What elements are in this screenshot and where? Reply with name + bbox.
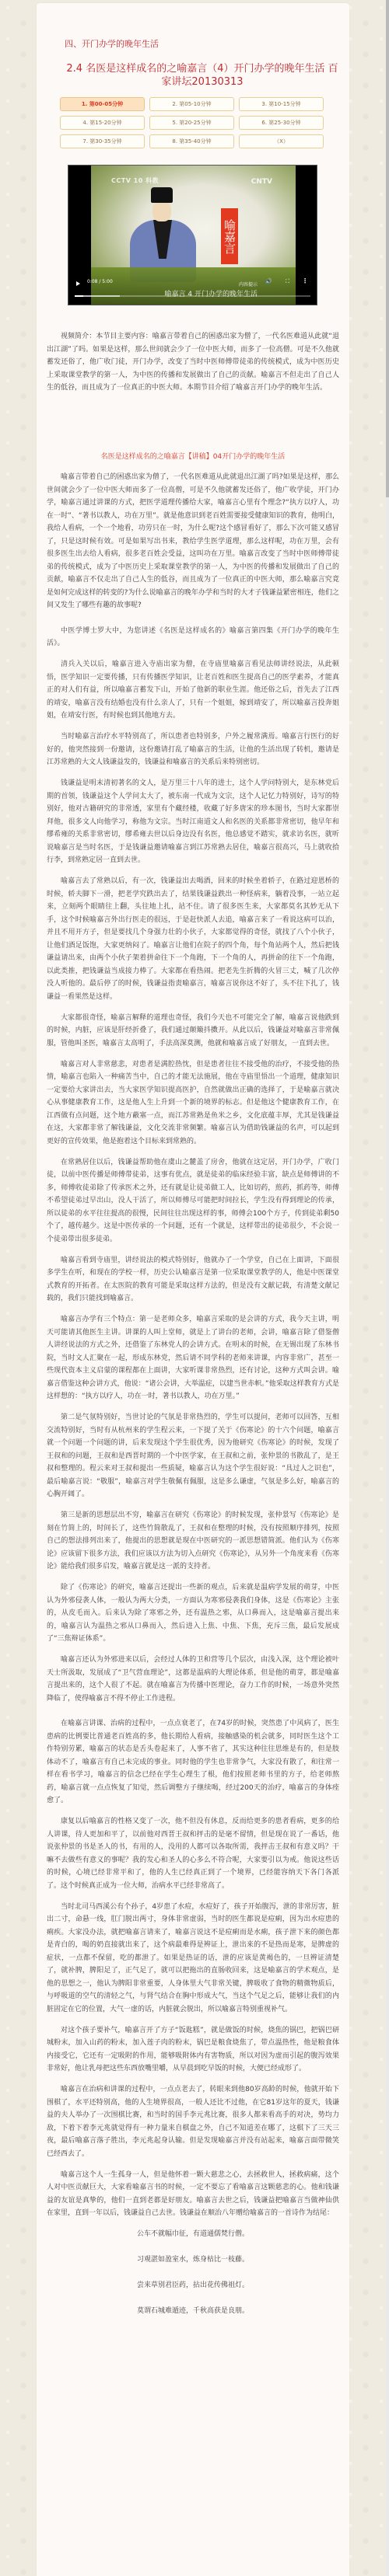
hat-shape <box>151 187 173 203</box>
cntv-logo: CNTV <box>251 178 272 186</box>
poem-line: 公车不就幅巾征，有道通儒梵行僧。 <box>47 2228 339 2241</box>
page: 四、开门办学的晚年生活 2.4 名医是这样成名的之喻嘉言（4）开门办学的晚年生活… <box>0 0 386 2576</box>
played-bar <box>75 295 83 297</box>
article-paragraph: 喻嘉言还认为外邪进来以后，会经过人体的卫和营等几个层次，由浅入深，这个理论被叶天… <box>47 1654 339 1705</box>
video-progress-bar[interactable] <box>75 295 310 297</box>
segment-button-7[interactable]: 7. 第30-35分钟 <box>60 134 145 148</box>
segment-button-2[interactable]: 2. 第05-10分钟 <box>149 97 234 111</box>
article-paragraph: 喻嘉言在治病和讲课的过程中，一点点老去了，转眼来到他80岁高龄的时候，他就开始下… <box>47 2083 339 2160</box>
vertical-scrollbar[interactable] <box>386 0 389 2576</box>
play-icon[interactable] <box>76 281 80 286</box>
article-paragraph: 大家都很奇怪，喻嘉言解释的道理也奇怪，我们今天也不可能完全了解，喻嘉言说他跌到的… <box>47 1012 339 1051</box>
segment-button-5[interactable]: 5. 第20-25分钟 <box>149 116 234 130</box>
article-paragraph: 在喻嘉言讲课、治病的过程中，一点点衰老了，在74岁的时候，突然患了中风病了，医生… <box>47 1717 339 1807</box>
article-paragraph: 第三是新的思想层出不穷，喻嘉言在研究《伤寒论》的时候发现，张仲景写《伤寒论》是刻… <box>47 1509 339 1574</box>
article-paragraph: 喻嘉言看到寺庙里，讲经说法的模式特别好，他就办了一个学堂，自己在上面讲，下面很多… <box>47 1254 339 1305</box>
lesson-title: 2.4 名医是这样成名的之喻嘉言（4）开门办学的晚年生活 百家讲坛2013031… <box>62 62 342 89</box>
time-display: 0:08 / 5:00 <box>87 279 113 284</box>
segment-button-6[interactable]: 6. 第25-30分钟 <box>239 116 324 130</box>
article-paragraph: 第二是气氛特别好，当世讨论的气氛是非常热烈的，学生可以提问，老师可以回答，互相交… <box>47 1411 339 1501</box>
poem-line: 莫谓石城难遁迹，千秋高获是良朋。 <box>47 2305 339 2318</box>
article-paragraph: 喻嘉言办学有三个特点：第一是老师众多，喻嘉言采取的是会讲的方式，我今天主讲，明天… <box>47 1313 339 1403</box>
article-paragraph: 除了《伤寒论》的研究，喻嘉言还提出一些新的观点，后来就是温病学发展的萌芽，中医认… <box>47 1581 339 1646</box>
segment-button-3[interactable]: 3. 第10-15分钟 <box>239 97 324 111</box>
segment-selector: 1. 第00-05分钟 2. 第05-10分钟 3. 第10-15分钟 4. 第… <box>60 97 324 148</box>
closing-poem: 公车不就幅巾征，有道通儒梵行僧。 习观湛如盈室水，炼身枯比一枝藤。 尝来草别君臣… <box>47 2228 339 2318</box>
fullscreen-icon[interactable]: ⛶ <box>286 278 289 285</box>
segment-button-1[interactable]: 1. 第00-05分钟 <box>60 97 145 111</box>
article-paragraph: 康复以后喻嘉言的性格又变了一次，他不但没有休息，反而给更多的患者看病，更多的给人… <box>47 1815 339 1892</box>
article-paragraph: 喻嘉言对人非常慈悲，对患者是满腔热忱，但是患者往往不接受他的治疗，不接受他的热情… <box>47 1058 339 1149</box>
segment-button-8[interactable]: 8. 第35-40分钟 <box>149 134 234 148</box>
segment-button-close[interactable]: （X） <box>239 134 324 148</box>
article-paragraph: 对这个孩子要补气，喻嘉言开了方子“饭匙糕”，就是做饭的时候，烧焦的锅巴，把锅巴研… <box>47 2024 339 2076</box>
segment-button-4[interactable]: 4. 第15-20分钟 <box>60 116 145 130</box>
article-body: 喻嘉言带着自己的困惑出家为僧了，一代名医难道从此就退出江湖了吗?如果是这样，那么… <box>47 471 339 2330</box>
section-heading: 四、开门办学的晚年生活 <box>65 37 159 50</box>
article-paragraph: 在常熟居住以后，钱谦益帮助他在虞山之麓盖了房舍，他就在这定居，开门办学，广收门徒… <box>47 1156 339 1246</box>
video-player[interactable]: CCTV 10 科教 CNTV 喻嘉言 内容提示 喻嘉言 4 开门办学的晚年生活… <box>68 165 317 305</box>
article-paragraph: 清兵入关以后，喻嘉言进入寺庙出家为僧，在寺庙里喻嘉言看见法师讲经说法，从此顿悟，… <box>47 658 339 723</box>
face-shape <box>152 201 171 221</box>
channel-logo: CCTV 10 科教 <box>111 176 159 185</box>
poem-line: 习观湛如盈室水，炼身枯比一枝藤。 <box>47 2254 339 2267</box>
volume-icon[interactable]: 🔊 <box>265 278 272 284</box>
transcript-link[interactable]: 名医是这样成名的之喻嘉言【讲稿】04开门办学的晚年生活 <box>47 451 339 461</box>
article-paragraph: 当时喻嘉言治疗水平特别高了，所以患者也特别多，户外之履常满焉。喻嘉言行医行的好好… <box>47 730 339 769</box>
video-summary: 视频简介：本节目主要内容：喻嘉言带着自己的困惑出家为僧了，一代名医难道从此就“退… <box>47 330 339 395</box>
more-vertical-icon[interactable]: ⋮ <box>302 277 308 284</box>
poem-line: 尝来草别君臣药，拈出花传佛祖灯。 <box>47 2279 339 2292</box>
article-paragraph: 喻嘉言这个人一生孤身一人，但是他怀着一颗大慈悲之心，去拯救世人，拯救病痛，这个人… <box>47 2169 339 2220</box>
article-paragraph: 喻嘉言带着自己的困惑出家为僧了，一代名医难道从此就退出江湖了吗?如果是这样，那么… <box>47 471 339 612</box>
article-paragraph: 中医学博士罗大中，为您讲述《名医是这样成名的》喻嘉言第四集《开门办学的晚年生活》… <box>47 625 339 650</box>
article-paragraph: 当时北司马西溪公有个孙子，4岁患了水痘，水痘好了，孩子开始腹泻，泄的非常厉害，脏… <box>47 1901 339 2017</box>
name-banner: 喻嘉言 <box>221 208 238 264</box>
video-controls: 0:08 / 5:00 🔊 ⛶ ⋮ <box>68 274 317 305</box>
article-paragraph: 喻嘉言去了常熟以后，有一次，钱谦益出去喝酒，回来的时候坐着轿子，在路过迎恩桥的时… <box>47 875 339 1003</box>
scrollbar-thumb[interactable] <box>386 0 389 497</box>
article-paragraph: 钱谦益是明末清初著名的文人，是万里三十八年的进士，这个人学问特别大，是东林党后期… <box>47 777 339 867</box>
